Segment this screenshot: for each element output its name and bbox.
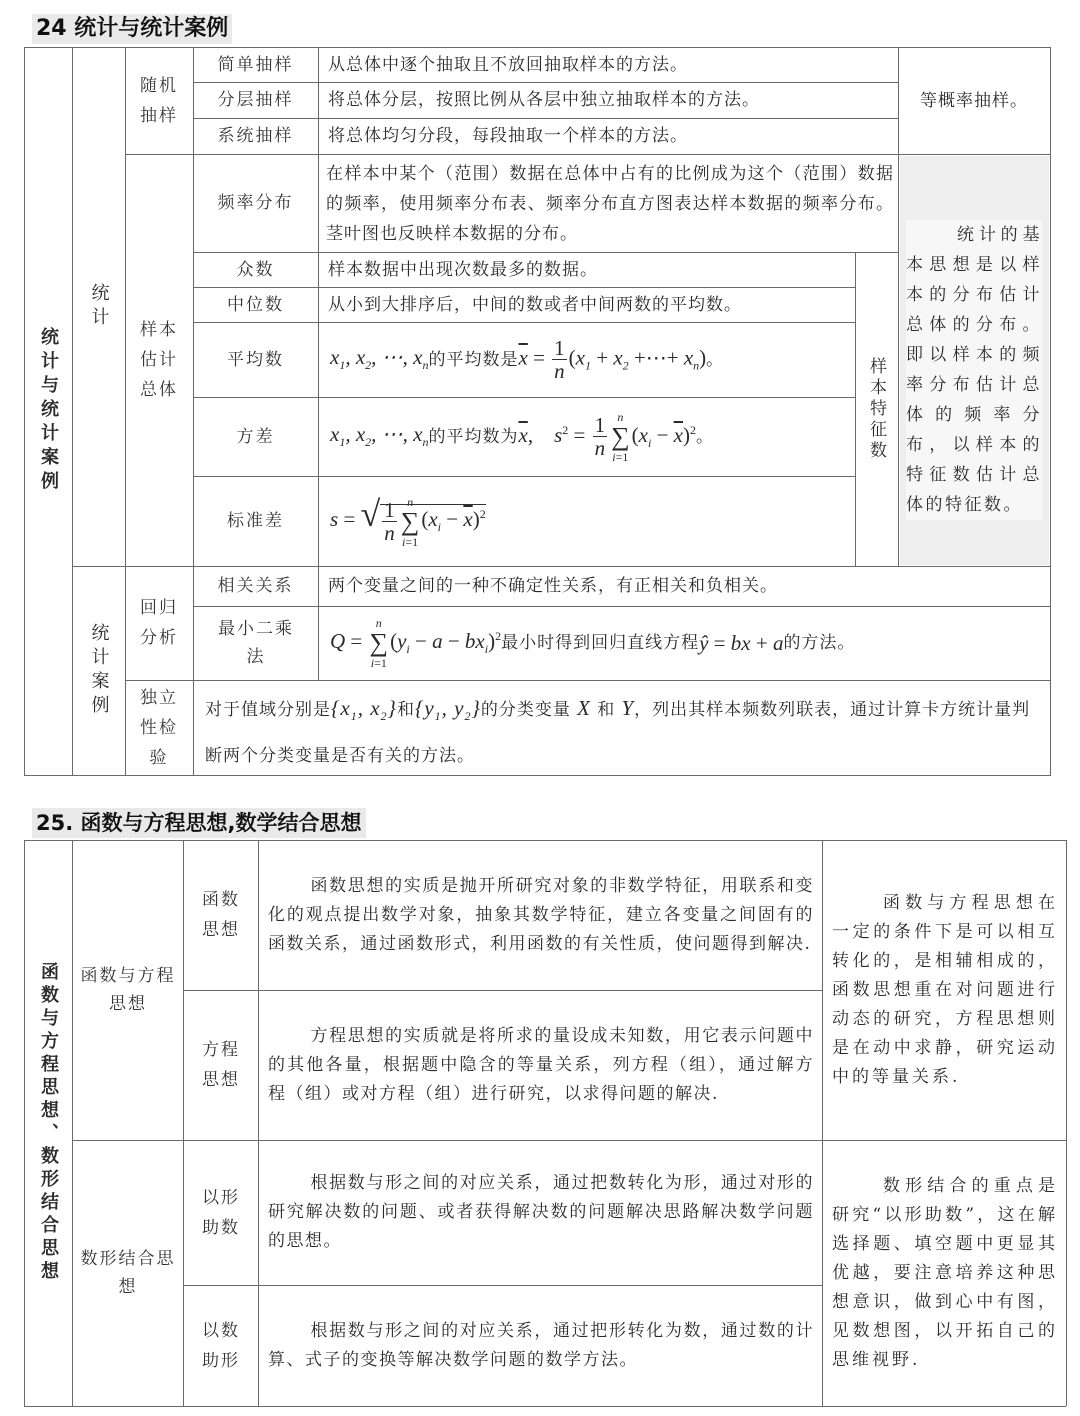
mean-name: 平均数 (193, 322, 318, 397)
category-label: 统计与统计案例 (35, 327, 61, 495)
sampling-desc: 从总体中逐个抽取且不放回抽取样本的方法。 (328, 47, 898, 82)
item-desc: 方程思想的实质就是将所求的量设成未知数，用它表示问题中的其他各量，根据题中隐含的… (268, 990, 814, 1140)
freq-desc: 在样本中某个（范围）数据在总体中占有的比例成为这个（范围）数据的频率，使用频率分… (326, 156, 894, 252)
estimate-label: 样本估计总体 (128, 154, 190, 566)
group-note: 函数与方程思想在一定的条件下是可以相互转化的，是相辅相成的，函数思想重在对问题进… (832, 840, 1058, 1140)
freq-name: 频率分布 (193, 154, 318, 252)
item-name: 以数助形 (193, 1285, 249, 1406)
median-desc: 从小到大排序后，中间的数或者中间两数的平均数。 (328, 287, 855, 322)
feature-label-cell: 样本特征数 (855, 252, 898, 566)
correlation-desc: 两个变量之间的一种不确定性关系，有正相关和负相关。 (328, 566, 1048, 606)
category-cell: 统计与统计案例 (24, 47, 72, 775)
feature-label: 样本特征数 (864, 357, 889, 462)
random-sampling-label: 随机抽样 (128, 47, 190, 154)
group-cases-cell: 统计案例 (72, 566, 125, 775)
stddev-name: 标准差 (193, 476, 318, 566)
group-note: 数形结合的重点是研究“以形助数”，这在解选择题、填空题中更显其优越，要注意培养这… (832, 1140, 1058, 1406)
sampling-desc: 将总体分层，按照比例从各层中独立抽取样本的方法。 (328, 82, 898, 118)
sampling-name: 系统抽样 (193, 118, 318, 154)
section-25-title: 25. 函数与方程思想,数学结合思想 (32, 808, 366, 838)
category-label-25: 函数与方程思想、数形结合思想 (35, 962, 61, 1284)
independence-label: 独立性检验 (128, 680, 190, 775)
mode-name: 众数 (193, 252, 318, 287)
item-desc: 根据数与形之间的对应关系，通过把数转化为形，通过对形的研究解决数的问题、或者获得… (268, 1140, 814, 1285)
mean-formula: x1, x2, ⋯, xn 的平均数是 x = 1n(x1 + x2 +⋯+ x… (330, 322, 855, 397)
median-name: 中位数 (193, 287, 318, 322)
group-stats-cell: 统计 (72, 47, 125, 566)
least-squares-name: 最小二乘法 (215, 606, 297, 680)
sampling-note: 等概率抽样。 (898, 47, 1050, 154)
group-label: 数形结合思想 (80, 1140, 176, 1406)
correlation-name: 相关关系 (193, 566, 318, 606)
sampling-name: 简单抽样 (193, 47, 318, 82)
sampling-desc: 将总体均匀分段，每段抽取一个样本的方法。 (328, 118, 898, 154)
estimate-side-note: 统计的基本思想是以样本的分布估计总体的分布。即以样本的频率分布估计总体的频率分布… (906, 220, 1042, 520)
item-desc: 函数思想的实质是抛开所研究对象的非数学特征，用联系和变化的观点提出数学对象，抽象… (268, 840, 814, 990)
least-squares-formula: Q = n∑i=1(yi − a − bxi)2 最小时得到回归直线方程 ŷ =… (330, 606, 1048, 680)
item-name: 函数思想 (193, 840, 249, 990)
stddev-formula: s = √1nn∑i=1(xi − x)2 (330, 476, 855, 566)
item-name: 方程思想 (193, 990, 249, 1140)
variance-name: 方差 (193, 397, 318, 476)
group-cases-label: 统计案例 (86, 623, 112, 719)
independence-desc: 对于值域分别是{x1, x2}和{y1, y2}的分类变量 X 和 Y，列出其样… (205, 688, 1045, 776)
stats-table: 统计与统计案例 统计 统计案例 随机抽样 样本估计总体 回归分析 独立性检验 简… (0, 0, 1080, 780)
sampling-name: 分层抽样 (193, 82, 318, 118)
item-name: 以形助数 (193, 1140, 249, 1285)
group-stats-label: 统计 (86, 283, 112, 331)
regression-label: 回归分析 (128, 566, 190, 680)
category-cell-25: 函数与方程思想、数形结合思想 (24, 840, 72, 1406)
mode-desc: 样本数据中出现次数最多的数据。 (328, 252, 855, 287)
variance-formula: x1, x2, ⋯, xn 的平均数为 x, s2 = 1nn∑i=1(xi −… (330, 397, 855, 476)
group-label: 函数与方程思想 (80, 840, 176, 1140)
item-desc: 根据数与形之间的对应关系，通过把形转化为数，通过数的计算、式子的变换等解决数学问… (268, 1285, 814, 1406)
